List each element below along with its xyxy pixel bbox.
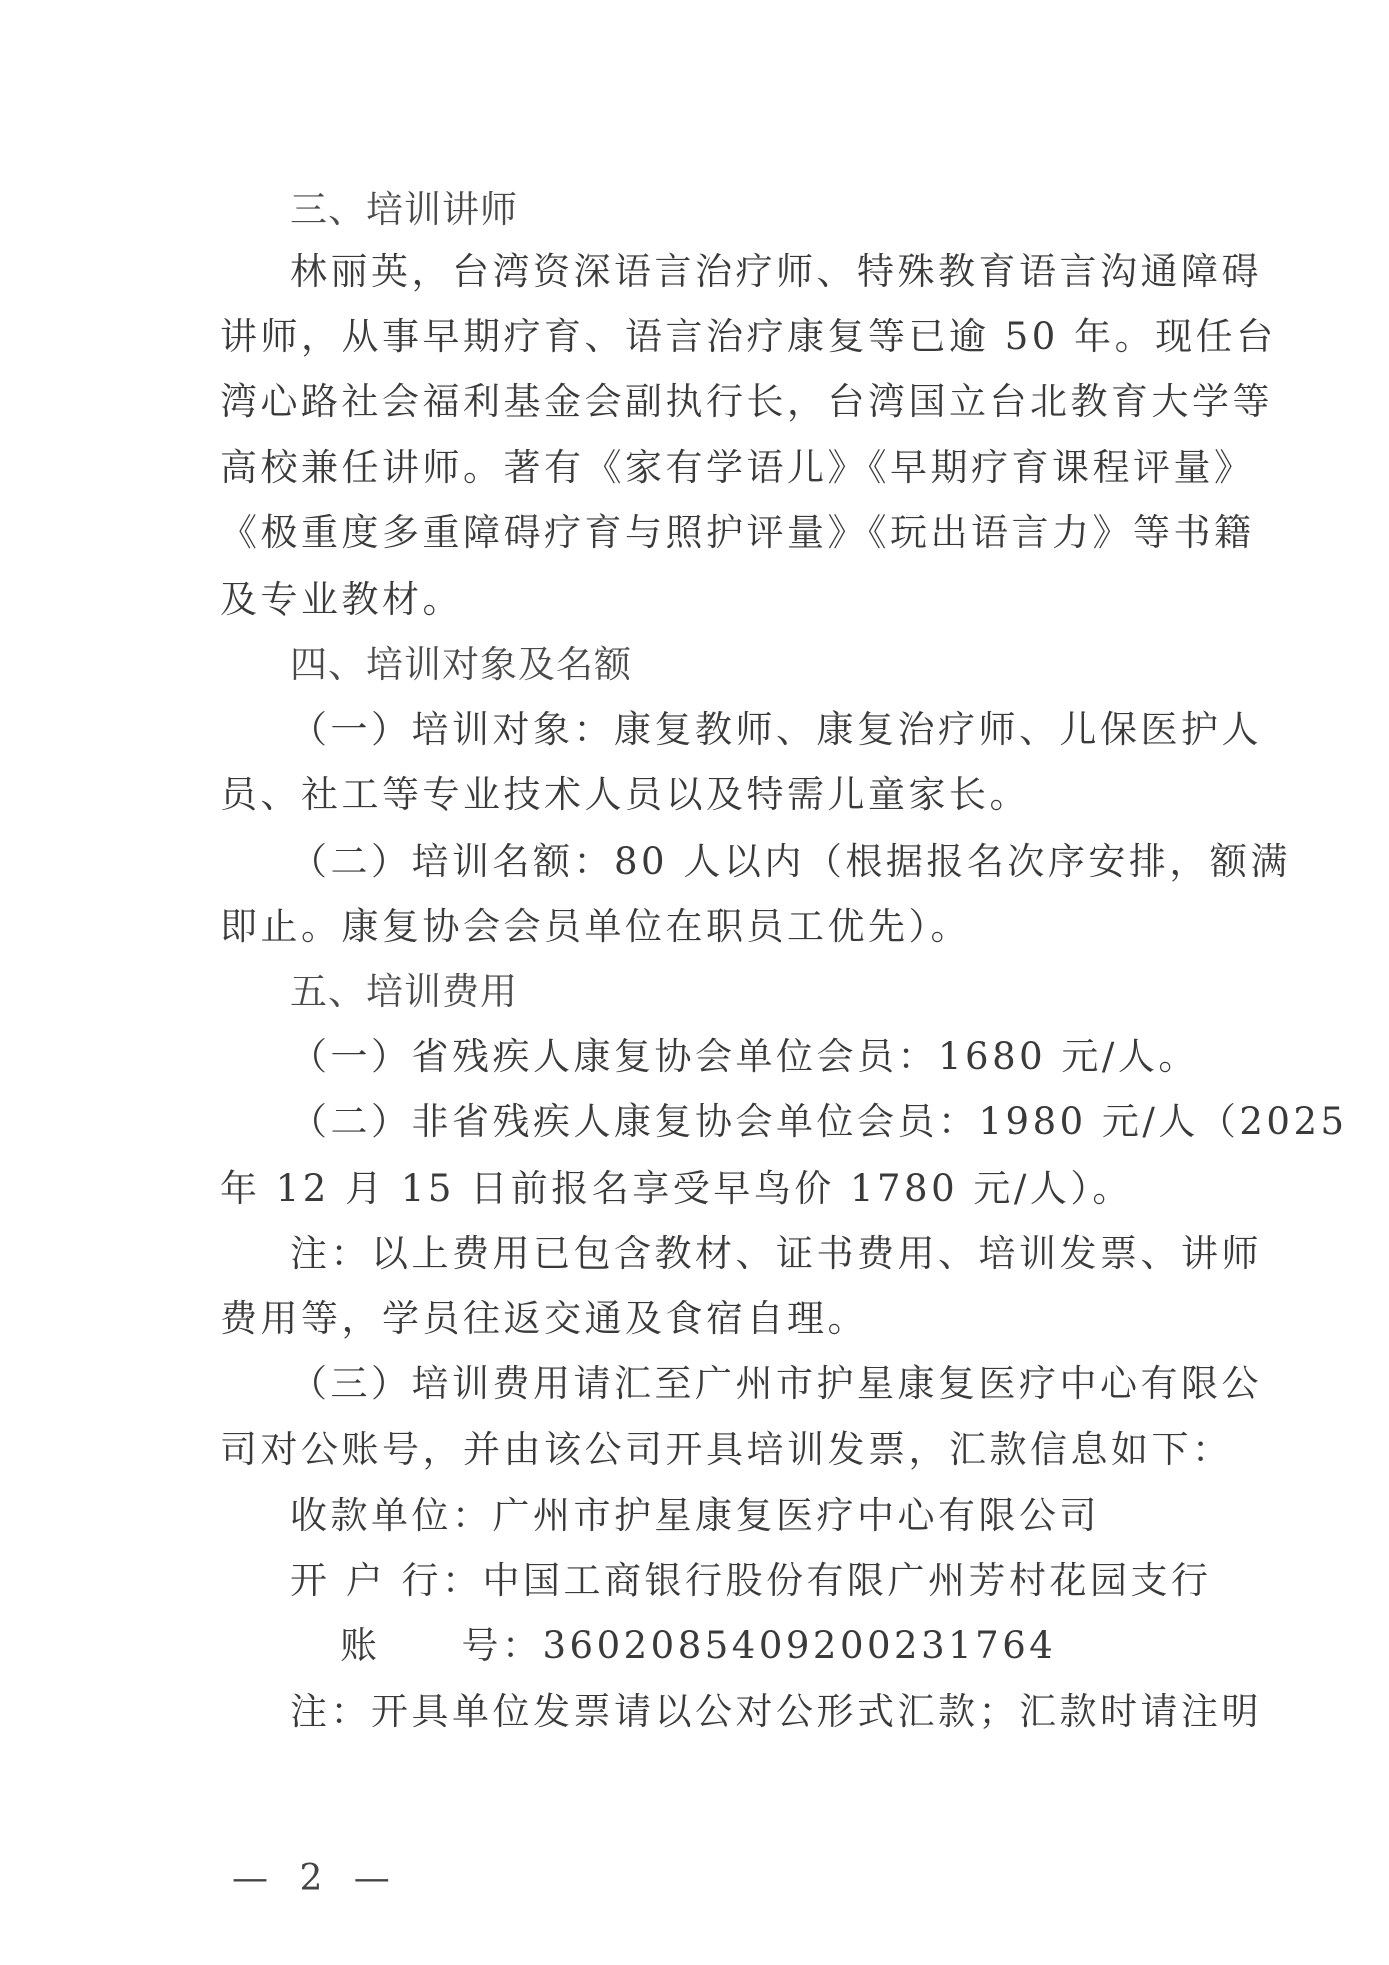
- section-heading-fees: 五、培训费用: [290, 970, 518, 1014]
- page-number: — 2 —: [232, 1858, 400, 1899]
- payee-line: 收款单位：广州市护星康复医疗中心有限公司: [290, 1494, 1100, 1538]
- section-heading-trainees: 四、培训对象及名额: [290, 643, 632, 687]
- paragraph-line: （二）非省残疾人康复协会单位会员：1980 元/人（2025: [290, 1100, 1348, 1144]
- paragraph-line: 讲师，从事早期疗育、语言治疗康复等已逾 50 年。现任台: [220, 315, 1277, 359]
- paragraph-line: 林丽英，台湾资深语言治疗师、特殊教育语言沟通障碍: [290, 250, 1262, 294]
- paragraph-line: 注：开具单位发票请以公对公形式汇款；汇款时请注明: [290, 1690, 1262, 1734]
- section-heading-lecturer: 三、培训讲师: [290, 188, 518, 232]
- paragraph-line: （一）培训对象：康复教师、康复治疗师、儿保医护人: [290, 708, 1262, 752]
- paragraph-line: 及专业教材。: [220, 578, 463, 622]
- paragraph-line: 高校兼任讲师。著有《家有学语儿》《早期疗育课程评量》: [220, 446, 1255, 490]
- paragraph-line: 湾心路社会福利基金会副执行长，台湾国立台北教育大学等: [220, 380, 1273, 424]
- paragraph-line: 《极重度多重障碍疗育与照护评量》《玩出语言力》等书籍: [220, 511, 1255, 555]
- paragraph-line: 注：以上费用已包含教材、证书费用、培训发票、讲师: [290, 1232, 1262, 1276]
- paragraph-line: 员、社工等专业技术人员以及特需儿童家长。: [220, 773, 1030, 817]
- paragraph-line: 司对公账号，并由该公司开具培训发票，汇款信息如下：: [220, 1428, 1233, 1472]
- paragraph-line: （一）省残疾人康复协会单位会员：1680 元/人。: [290, 1035, 1199, 1079]
- bank-line: 开 户 行：中国工商银行股份有限广州芳村花园支行: [290, 1559, 1212, 1603]
- paragraph-line: 年 12 月 15 日前报名享受早鸟价 1780 元/人）。: [220, 1167, 1133, 1211]
- paragraph-line: 费用等，学员往返交通及食宿自理。: [220, 1297, 868, 1341]
- account-number-line: 账 号：3602085409200231764: [340, 1624, 1056, 1668]
- paragraph-line: （二）培训名额：80 人以内（根据报名次序安排，额满: [290, 840, 1291, 884]
- paragraph-line: 即止。康复协会会员单位在职员工优先）。: [220, 905, 971, 949]
- paragraph-line: （三）培训费用请汇至广州市护星康复医疗中心有限公: [290, 1362, 1262, 1406]
